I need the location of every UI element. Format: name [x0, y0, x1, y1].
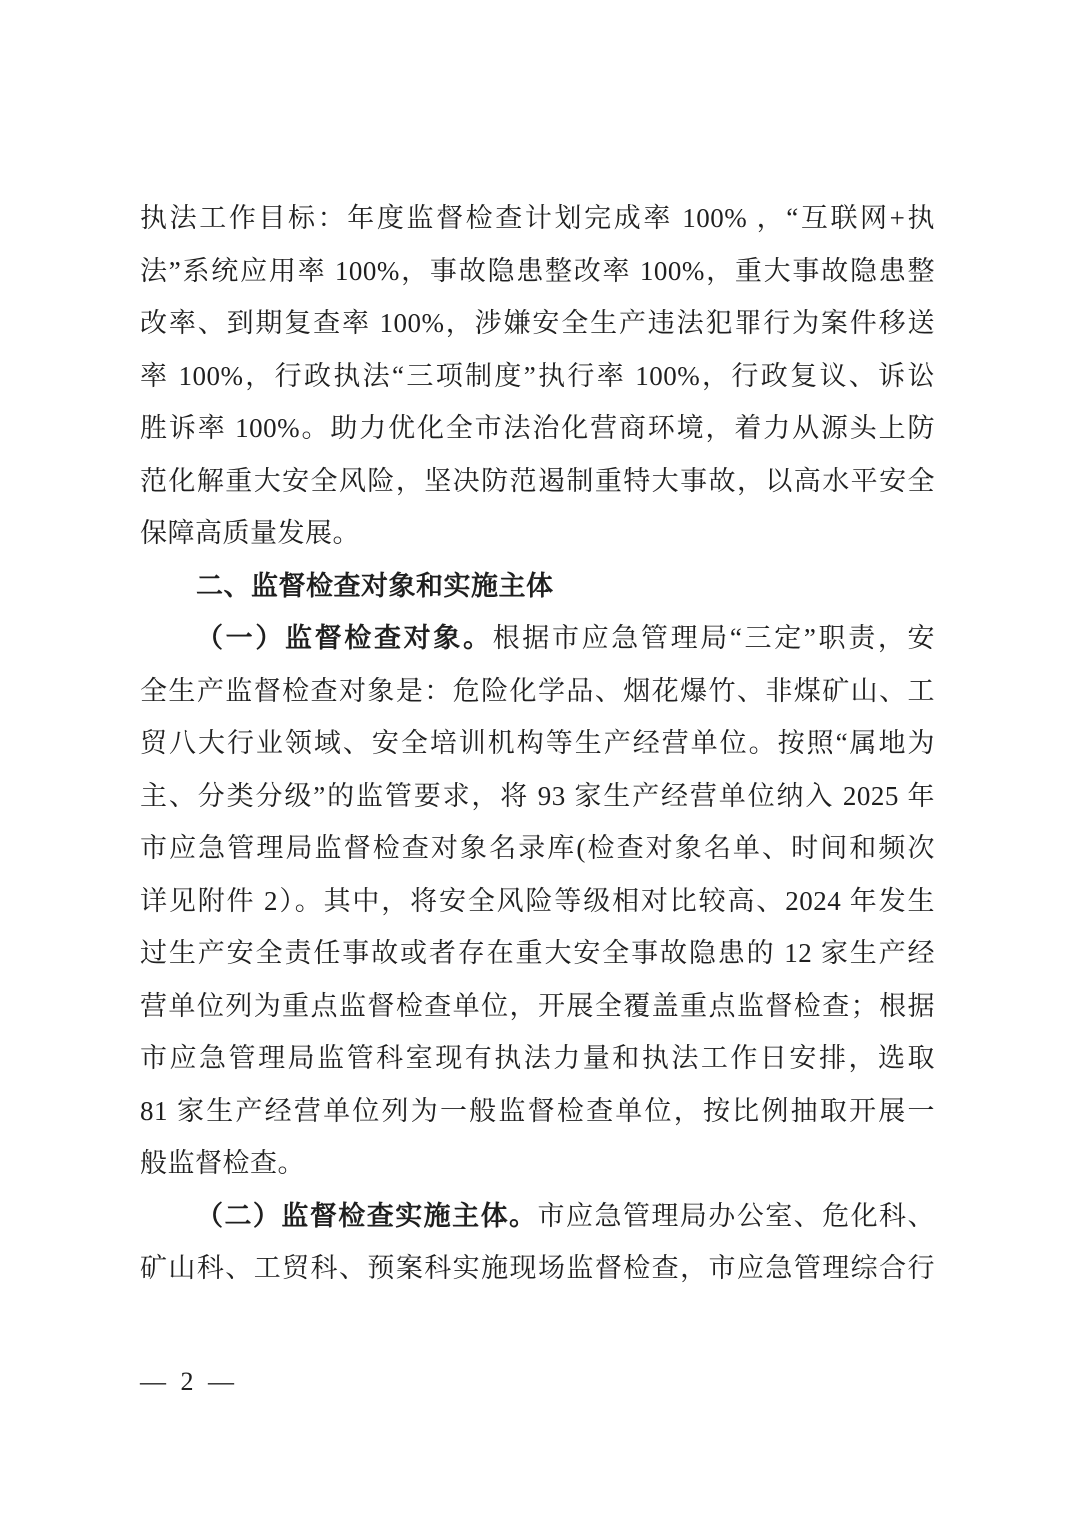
text-segment: 率 100%，行政执法“三项制度”执行率 100%，行政复议、诉讼 — [140, 361, 935, 391]
doc-line: （二）监督检查实施主体。市应急管理局办公室、危化科、 — [140, 1190, 935, 1243]
doc-line: 市应急管理局监管科室现有执法力量和执法工作日安排，选取 — [140, 1032, 935, 1085]
text-segment: 改率、到期复查率 100%，涉嫌安全生产违法犯罪行为案件移送 — [140, 308, 935, 338]
document-body: 执法工作目标：年度监督检查计划完成率 100% ，“互联网+执法”系统应用率 1… — [140, 192, 935, 1295]
doc-line: 保障高质量发展。 — [140, 507, 935, 560]
page-number: — 2 — — [140, 1366, 238, 1398]
doc-line: 过生产安全责任事故或者存在重大安全事故隐患的 12 家生产经 — [140, 927, 935, 980]
text-segment: 胜诉率 100%。助力优化全市法治化营商环境，着力从源头上防 — [140, 413, 935, 443]
bold-lead-text: 二、监督检查对象和实施主体 — [196, 571, 554, 601]
doc-line: 81 家生产经营单位列为一般监督检查单位，按比例抽取开展一 — [140, 1085, 935, 1138]
text-segment: 般监督检查。 — [140, 1148, 305, 1178]
text-segment: 贸八大行业领域、安全培训机构等生产经营单位。按照“属地为 — [140, 728, 935, 758]
text-segment: 法”系统应用率 100%，事故隐患整改率 100%，重大事故隐患整 — [140, 256, 935, 286]
text-segment: 详见附件 2）。其中，将安全风险等级相对比较高、2024 年发生 — [140, 886, 935, 916]
text-segment: 根据市应急管理局“三定”职责，安 — [493, 623, 935, 653]
text-segment: 保障高质量发展。 — [140, 518, 360, 548]
doc-line: 营单位列为重点监督检查单位，开展全覆盖重点监督检查；根据 — [140, 980, 935, 1033]
text-segment: 市应急管理局监管科室现有执法力量和执法工作日安排，选取 — [140, 1043, 935, 1073]
document-page: 执法工作目标：年度监督检查计划完成率 100% ，“互联网+执法”系统应用率 1… — [0, 0, 1074, 1520]
doc-line: 市应急管理局监督检查对象名录库(检查对象名单、时间和频次 — [140, 822, 935, 875]
doc-line: 法”系统应用率 100%，事故隐患整改率 100%，重大事故隐患整 — [140, 245, 935, 298]
text-segment: 市应急管理局监督检查对象名录库(检查对象名单、时间和频次 — [140, 833, 935, 863]
doc-line: 主、分类分级”的监管要求，将 93 家生产经营单位纳入 2025 年 — [140, 770, 935, 823]
section-heading: 二、监督检查对象和实施主体 — [140, 560, 935, 613]
doc-line: 全生产监督检查对象是：危险化学品、烟花爆竹、非煤矿山、工 — [140, 665, 935, 718]
text-segment: 全生产监督检查对象是：危险化学品、烟花爆竹、非煤矿山、工 — [140, 676, 935, 706]
text-segment: 执法工作目标：年度监督检查计划完成率 100% ，“互联网+执 — [140, 203, 935, 233]
bold-lead-text: （二）监督检查实施主体。 — [196, 1201, 538, 1231]
text-segment: 营单位列为重点监督检查单位，开展全覆盖重点监督检查；根据 — [140, 991, 935, 1021]
text-segment: 范化解重大安全风险，坚决防范遏制重特大事故，以高水平安全 — [140, 466, 935, 496]
text-segment: 主、分类分级”的监管要求，将 93 家生产经营单位纳入 2025 年 — [140, 781, 935, 811]
doc-line: 范化解重大安全风险，坚决防范遏制重特大事故，以高水平安全 — [140, 455, 935, 508]
text-segment: 81 家生产经营单位列为一般监督检查单位，按比例抽取开展一 — [140, 1096, 935, 1126]
doc-line: 贸八大行业领域、安全培训机构等生产经营单位。按照“属地为 — [140, 717, 935, 770]
doc-line: 矿山科、工贸科、预案科实施现场监督检查，市应急管理综合行 — [140, 1242, 935, 1295]
text-segment: 过生产安全责任事故或者存在重大安全事故隐患的 12 家生产经 — [140, 938, 935, 968]
doc-line: 详见附件 2）。其中，将安全风险等级相对比较高、2024 年发生 — [140, 875, 935, 928]
doc-line: 执法工作目标：年度监督检查计划完成率 100% ，“互联网+执 — [140, 192, 935, 245]
doc-line: 改率、到期复查率 100%，涉嫌安全生产违法犯罪行为案件移送 — [140, 297, 935, 350]
doc-line: 胜诉率 100%。助力优化全市法治化营商环境，着力从源头上防 — [140, 402, 935, 455]
text-segment: 矿山科、工贸科、预案科实施现场监督检查，市应急管理综合行 — [140, 1253, 935, 1283]
doc-line: 般监督检查。 — [140, 1137, 935, 1190]
doc-line: （一）监督检查对象。根据市应急管理局“三定”职责，安 — [140, 612, 935, 665]
doc-line: 率 100%，行政执法“三项制度”执行率 100%，行政复议、诉讼 — [140, 350, 935, 403]
bold-lead-text: （一）监督检查对象。 — [196, 623, 493, 653]
text-segment: 市应急管理局办公室、危化科、 — [538, 1201, 935, 1231]
